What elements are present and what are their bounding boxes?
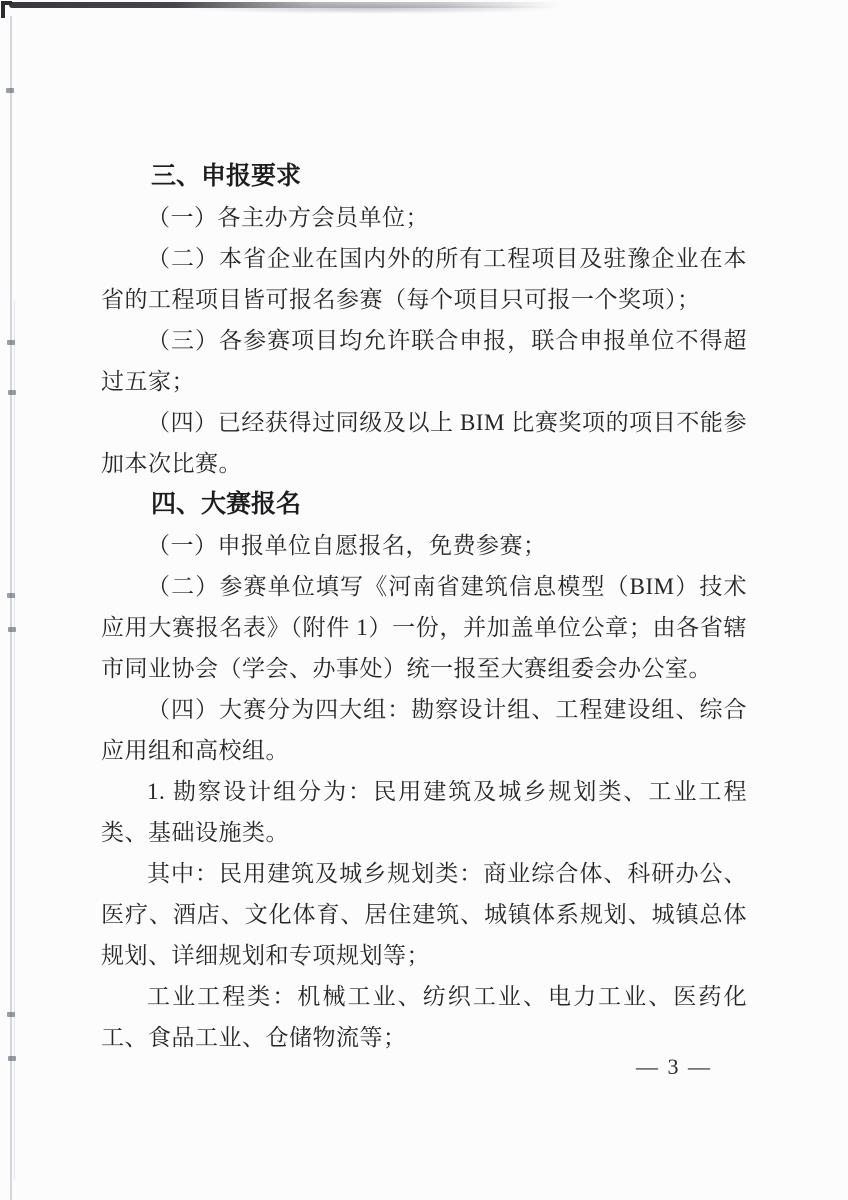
paragraph-survey-design-group: 1. 勘察设计组分为：民用建筑及城乡规划类、工业工程类、基础设施类。 [101,771,747,853]
scan-left-edge-line-faint [14,300,15,1180]
page-number: — 3 — [0,1054,712,1080]
scan-edge-tick [7,593,15,598]
section-heading-application-requirements: 三、申报要求 [101,156,747,197]
section-heading-competition-registration: 四、大赛报名 [101,484,747,525]
scan-left-edge-line [10,16,12,1200]
scan-corner-mark [1,1,5,18]
scan-edge-tick [7,340,15,345]
paragraph-civil-planning-category: 其中：民用建筑及城乡规划类：商业综合体、科研办公、医疗、酒店、文化体育、居住建筑… [101,853,747,976]
document-body: 三、申报要求 （一）各主办方会员单位； （二）本省企业在国内外的所有工程项目及驻… [101,156,747,1058]
scan-edge-tick [8,390,16,395]
scan-edge-tick [6,88,14,93]
scan-top-smudge-blur [180,3,560,14]
scanned-document-page: 三、申报要求 （一）各主办方会员单位； （二）本省企业在国内外的所有工程项目及驻… [0,0,848,1200]
paragraph-registration-1: （一）申报单位自愿报名，免费参赛； [101,525,747,566]
paragraph-item-1: （一）各主办方会员单位； [101,197,747,238]
paragraph-registration-2: （二）参赛单位填写《河南省建筑信息模型（BIM）技术应用大赛报名表》（附件 1）… [101,566,747,689]
scan-edge-tick [8,627,16,632]
paragraph-industrial-category: 工业工程类：机械工业、纺织工业、电力工业、医药化工、食品工业、仓储物流等； [101,976,747,1058]
paragraph-registration-4-groups: （四）大赛分为四大组：勘察设计组、工程建设组、综合应用组和高校组。 [101,689,747,771]
scan-edge-tick [7,1012,15,1017]
paragraph-item-3: （三）各参赛项目均允许联合申报，联合申报单位不得超过五家； [101,320,747,402]
paragraph-item-4: （四）已经获得过同级及以上 BIM 比赛奖项的项目不能参加本次比赛。 [101,402,747,484]
paragraph-item-2: （二）本省企业在国内外的所有工程项目及驻豫企业在本省的工程项目皆可报名参赛（每个… [101,238,747,320]
